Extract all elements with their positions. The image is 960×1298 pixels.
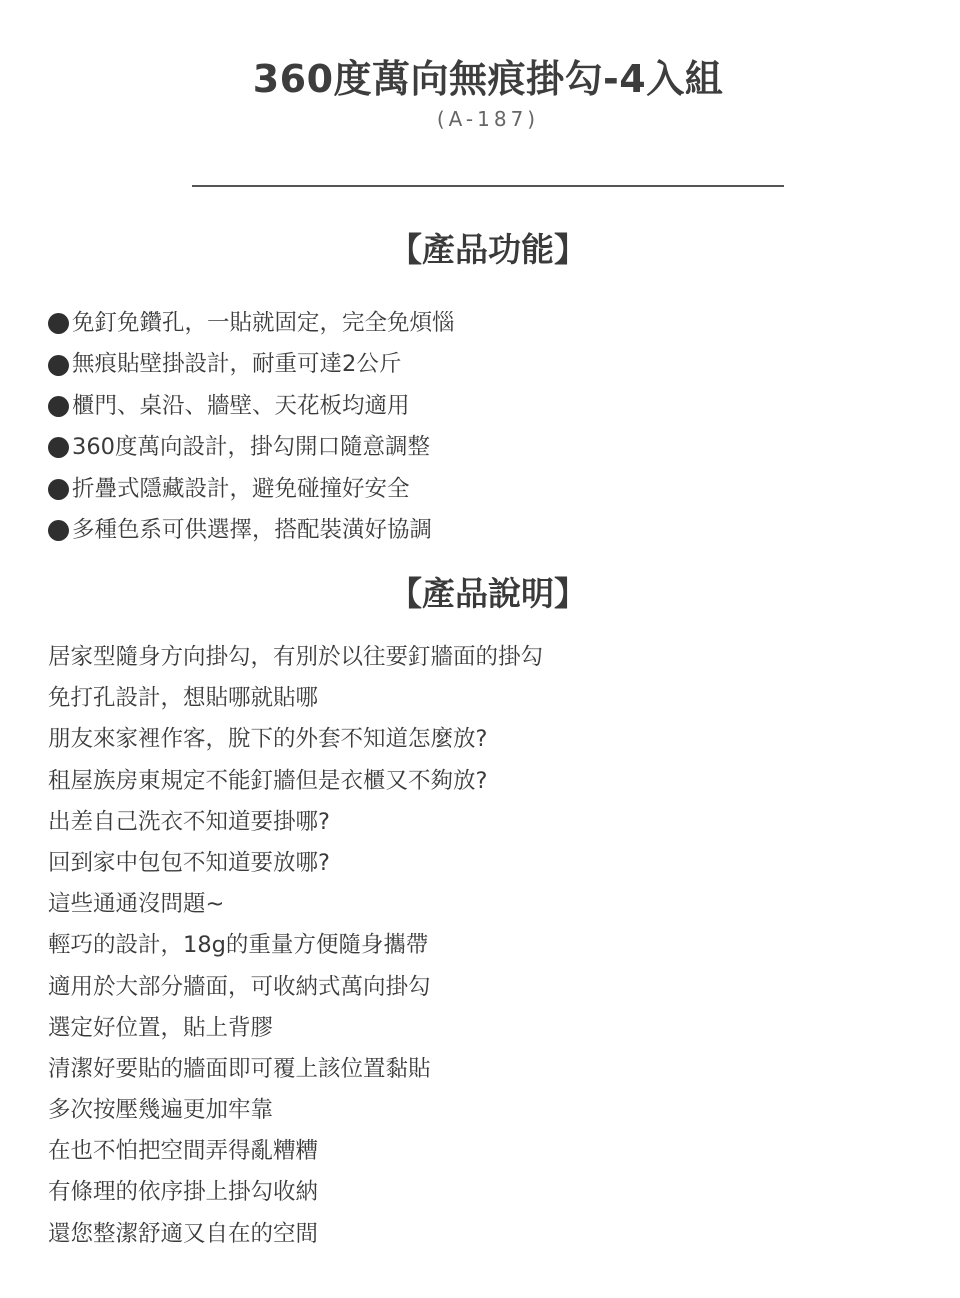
description-line: 朋友來家裡作客，脫下的外套不知道怎麼放?	[48, 719, 543, 760]
description-heading: 【產品說明】	[0, 572, 960, 616]
description-line: 免打孔設計，想貼哪就貼哪	[48, 678, 543, 719]
description-line: 還您整潔舒適又自在的空間	[48, 1214, 543, 1255]
model-code: (A-187)	[0, 104, 960, 134]
description-line: 選定好位置，貼上背膠	[48, 1008, 543, 1049]
feature-item: 無痕貼壁掛設計，耐重可達2公斤	[48, 344, 455, 385]
feature-item: 櫃門、桌沿、牆壁、天花板均適用	[48, 386, 455, 427]
bullet-icon	[48, 313, 69, 334]
description-line: 有條理的依序掛上掛勾收納	[48, 1172, 543, 1213]
description-line: 出差自己洗衣不知道要掛哪?	[48, 802, 543, 843]
features-heading: 【產品功能】	[0, 228, 960, 272]
feature-item: 360度萬向設計，掛勾開口隨意調整	[48, 427, 455, 468]
feature-text: 櫃門、桌沿、牆壁、天花板均適用	[72, 386, 410, 427]
feature-text: 多種色系可供選擇，搭配裝潢好協調	[72, 510, 432, 551]
bullet-icon	[48, 355, 69, 376]
bullet-icon	[48, 437, 69, 458]
feature-item: 多種色系可供選擇，搭配裝潢好協調	[48, 510, 455, 551]
bullet-icon	[48, 396, 69, 417]
description-line: 適用於大部分牆面，可收納式萬向掛勾	[48, 967, 543, 1008]
bullet-icon	[48, 479, 69, 500]
description-line: 這些通通沒問題~	[48, 884, 543, 925]
features-list: 免釘免鑽孔，一貼就固定，完全免煩惱 無痕貼壁掛設計，耐重可達2公斤 櫃門、桌沿、…	[48, 303, 455, 551]
bullet-icon	[48, 520, 69, 541]
divider	[192, 185, 784, 187]
product-title: 360度萬向無痕掛勾-4入組	[0, 54, 960, 104]
feature-text: 360度萬向設計，掛勾開口隨意調整	[72, 427, 430, 468]
description-list: 居家型隨身方向掛勾，有別於以往要釘牆面的掛勾 免打孔設計，想貼哪就貼哪 朋友來家…	[48, 637, 543, 1255]
description-line: 租屋族房東規定不能釘牆但是衣櫃又不夠放?	[48, 761, 543, 802]
feature-item: 折疊式隱藏設計，避免碰撞好安全	[48, 469, 455, 510]
feature-text: 無痕貼壁掛設計，耐重可達2公斤	[72, 344, 401, 385]
description-line: 清潔好要貼的牆面即可覆上該位置黏貼	[48, 1049, 543, 1090]
description-line: 輕巧的設計，18g的重量方便隨身攜帶	[48, 925, 543, 966]
description-line: 多次按壓幾遍更加牢靠	[48, 1090, 543, 1131]
description-line: 回到家中包包不知道要放哪?	[48, 843, 543, 884]
description-line: 居家型隨身方向掛勾，有別於以往要釘牆面的掛勾	[48, 637, 543, 678]
feature-text: 折疊式隱藏設計，避免碰撞好安全	[72, 469, 410, 510]
feature-text: 免釘免鑽孔，一貼就固定，完全免煩惱	[72, 303, 455, 344]
feature-item: 免釘免鑽孔，一貼就固定，完全免煩惱	[48, 303, 455, 344]
description-line: 在也不怕把空間弄得亂糟糟	[48, 1131, 543, 1172]
